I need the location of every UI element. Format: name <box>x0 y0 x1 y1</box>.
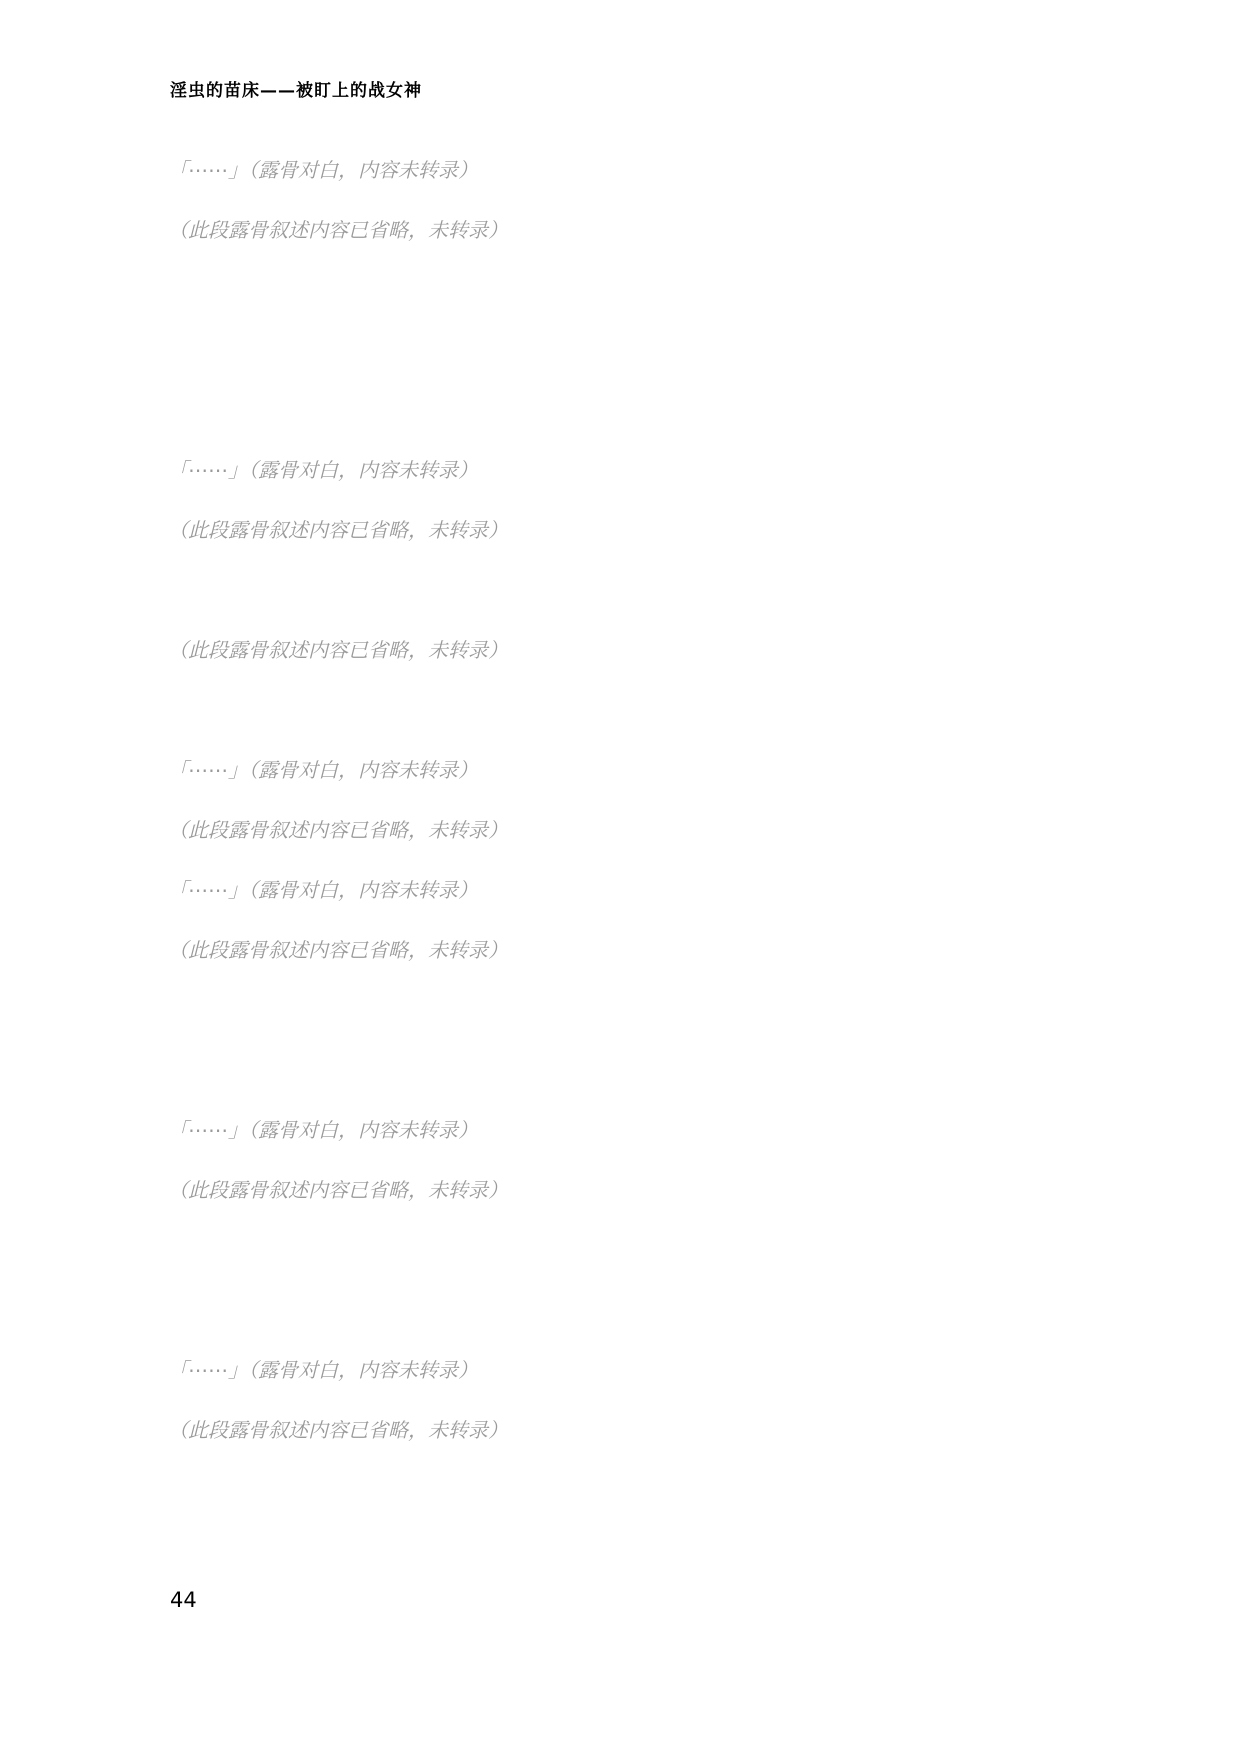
paragraph-dialog: 「⋯⋯」（露骨对白，内容未转录） <box>168 1340 1078 1400</box>
paragraph-dialog: 「⋯⋯」（露骨对白，内容未转录） <box>168 440 1078 500</box>
paragraph-narrative: （此段露骨叙述内容已省略，未转录） <box>168 500 1078 620</box>
paragraph-narrative: （此段露骨叙述内容已省略，未转录） <box>168 200 1078 440</box>
paragraph-narrative: （此段露骨叙述内容已省略，未转录） <box>168 620 1078 740</box>
paragraph-dialog: 「⋯⋯」（露骨对白，内容未转录） <box>168 860 1078 920</box>
document-page: 淫虫的苗床——被盯上的战女神 「⋯⋯」（露骨对白，内容未转录） （此段露骨叙述内… <box>0 0 1240 1753</box>
paragraph-dialog: 「⋯⋯」（露骨对白，内容未转录） <box>168 740 1078 800</box>
page-number: 44 <box>170 1588 197 1612</box>
paragraph-narrative: （此段露骨叙述内容已省略，未转录） <box>168 800 1078 860</box>
paragraph-dialog: 「⋯⋯」（露骨对白，内容未转录） <box>168 140 1078 200</box>
paragraph-narrative: （此段露骨叙述内容已省略，未转录） <box>168 920 1078 1100</box>
paragraph-narrative: （此段露骨叙述内容已省略，未转录） <box>168 1400 1078 1520</box>
paragraph-narrative: （此段露骨叙述内容已省略，未转录） <box>168 1160 1078 1340</box>
paragraph-dialog: 「⋯⋯」（露骨对白，内容未转录） <box>168 1100 1078 1160</box>
document-header-title: 淫虫的苗床——被盯上的战女神 <box>170 76 422 101</box>
document-body: 「⋯⋯」（露骨对白，内容未转录） （此段露骨叙述内容已省略，未转录） 「⋯⋯」（… <box>168 140 1078 1520</box>
